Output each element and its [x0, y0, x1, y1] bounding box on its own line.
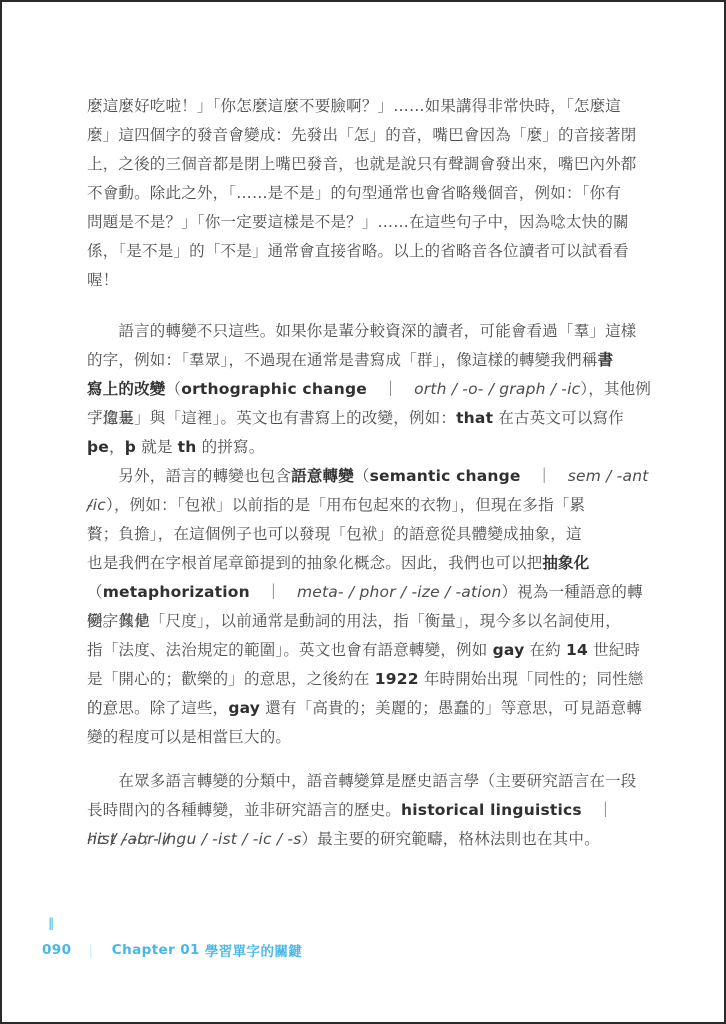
- text-line: 指「法度、法治規定的範圍」。英文也會有語意轉變，例如 gay 在約 14 世紀時: [87, 636, 655, 665]
- text-line: 「這裏」與「這裡」。英文也有書寫上的改變，例如：that 在古英文可以寫作: [87, 404, 655, 433]
- chapter-label: Chapter 01: [112, 942, 200, 958]
- text-line: 另外，語言的轉變也包含語意轉變（semantic change ｜ sem / …: [87, 462, 655, 491]
- paragraph: 另外，語言的轉變也包含語意轉變（semantic change ｜ sem / …: [87, 462, 655, 752]
- text-line: 在眾多語言轉變的分類中，語音轉變算是歷史語言學（主要研究語言在一段: [87, 767, 655, 796]
- paragraph: 語言的轉變不只這些。如果你是輩分較資深的讀者，可能會看過「羣」這樣的字，例如：「…: [87, 317, 655, 462]
- text-line: 問題是不是？」「你一定要這樣是不是？」……在這些句子中，因為唸太快的關: [87, 208, 655, 237]
- text-line: 是「開心的；歡樂的」的意思，之後約在 1922 年時開始出現「同性的；同性戀的」: [87, 665, 655, 694]
- text-line: 變的程度可以是相當巨大的。: [87, 723, 655, 752]
- footer-section-mark: ‖: [48, 916, 55, 930]
- text-line: 長時間內的各種轉變，並非研究語言的歷史。historical linguisti…: [87, 796, 655, 825]
- paragraph: 麼這麼好吃啦！」「你怎麼這麼不要臉啊？」……如果講得非常快時，「怎麼這麼」這四個…: [87, 92, 655, 295]
- text-line: 也是我們在字根首尾章節提到的抽象化概念。因此，我們也可以把抽象化: [87, 549, 655, 578]
- text-line: 的意思。除了這些，gay 還有「高貴的；美麗的；愚蠢的」等意思，可見語意轉: [87, 694, 655, 723]
- text-line: 喔！: [87, 266, 655, 295]
- body-text: 麼這麼好吃啦！」「你怎麼這麼不要臉啊？」……如果講得非常快時，「怎麼這麼」這四個…: [87, 92, 655, 854]
- page-number: 090: [42, 942, 71, 958]
- text-line: 語言的轉變不只這些。如果你是輩分較資深的讀者，可能會看過「羣」這樣: [87, 317, 655, 346]
- text-line: -ic / -al；lingu / -ist / -ic / -s）最主要的研究…: [87, 825, 655, 854]
- text-line: 上，之後的三個音都是閉上嘴巴發音，也就是說只有聲調會發出來，嘴巴內外都: [87, 150, 655, 179]
- text-line: 係，「是不是」的「不是」通常會直接省略。以上的省略音各位讀者可以試看看: [87, 237, 655, 266]
- text-line: （metaphorization ｜ meta- / phor / -ize /…: [87, 578, 655, 607]
- footer-divider: ｜: [84, 941, 97, 960]
- text-line: -ic），例如：「包袱」以前指的是「用布包起來的衣物」，但現在多指「累: [87, 491, 655, 520]
- book-page: 麼這麼好吃啦！」「你怎麼這麼不要臉啊？」……如果講得非常快時，「怎麼這麼」這四個…: [0, 0, 726, 1024]
- chapter-title: 學習單字的關鍵: [205, 940, 302, 960]
- paragraph: 在眾多語言轉變的分類中，語音轉變算是歷史語言學（主要研究語言在一段長時間內的各種…: [87, 767, 655, 854]
- text-line: 不會動。除此之外，「……是不是」的句型通常也會省略幾個音，例如：「你有: [87, 179, 655, 208]
- text-line: 的字，例如：「羣眾」，不過現在通常是書寫成「群」，像這樣的轉變我們稱書: [87, 346, 655, 375]
- text-line: 麼這麼好吃啦！」「你怎麼這麼不要臉啊？」……如果講得非常快時，「怎麼這: [87, 92, 655, 121]
- text-line: 例字像是「尺度」，以前通常是動詞的用法，指「衡量」，現今多以名詞使用，: [87, 607, 655, 636]
- text-line: þe，þ 就是 th 的拼寫。: [87, 433, 655, 462]
- page-footer: 090 ｜ Chapter 01 學習單字的關鍵: [42, 940, 302, 960]
- text-line: 寫上的改變（orthographic change ｜ orth / -o- /…: [87, 375, 655, 404]
- text-line: 贅；負擔」，在這個例子也可以發現「包袱」的語意從具體變成抽象，這: [87, 520, 655, 549]
- text-line: 麼」這四個字的發音會變成：先發出「怎」的音，嘴巴會因為「麼」的音接著閉: [87, 121, 655, 150]
